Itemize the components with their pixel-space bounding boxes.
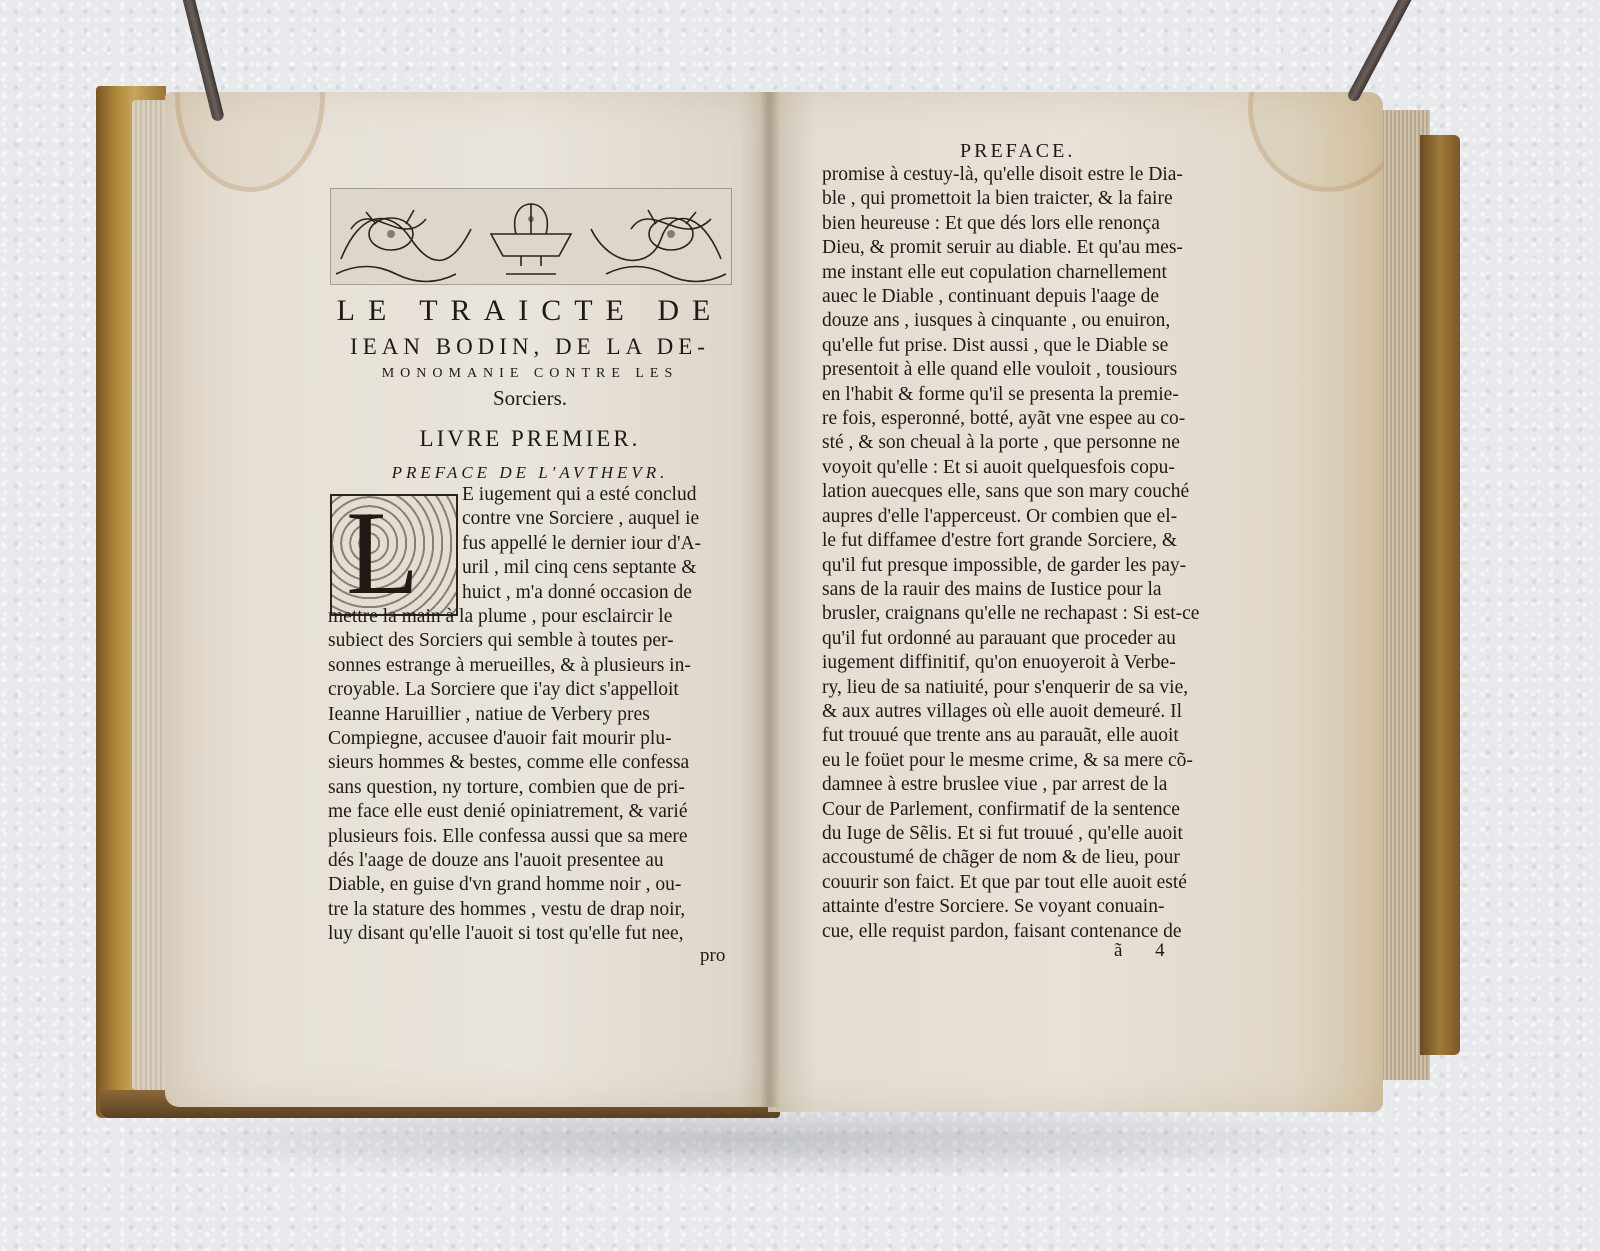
book-heading: LIVRE PREMIER. [315,422,745,456]
text-line: accoustumé de chãger de nom & de lieu, p… [822,846,1230,870]
text-line: huict , m'a donné occasion de [462,581,740,605]
left-page-first-lines: E iugement qui a esté conclud contre vne… [462,483,740,605]
text-line: presentoit à elle quand elle vouloit , t… [822,358,1230,382]
text-line: Cour de Parlement, confirmatif de la sen… [822,798,1230,822]
text-line: re fois, esperonné, botté, ayãt vne espe… [822,407,1230,431]
text-line: ble , qui promettoit la bien traicter, &… [822,187,1230,211]
text-line: plusieurs fois. Elle confessa aussi que … [328,825,740,849]
text-line: Compiegne, accusee d'auoir fait mourir p… [328,727,740,751]
text-line: attainte d'estre Sorciere. Se voyant con… [822,895,1230,919]
water-stain [1248,92,1383,192]
text-line: fus appellé le dernier iour d'A- [462,532,740,556]
text-line: subiect des Sorciers qui semble à toutes… [328,629,740,653]
text-line: iugement diffinitif, qu'on enuoyeroit à … [822,651,1230,675]
text-line: me face elle eust denié opiniatrement, &… [328,800,740,824]
text-line: sans question, ny torture, combien que d… [328,776,740,800]
text-line: tre la stature des hommes , vestu de dra… [328,898,740,922]
text-line: dés l'aage de douze ans l'auoit presente… [328,849,740,873]
vellum-cover-right [1420,135,1460,1055]
ornament-icon [331,189,731,284]
text-line: bien heureuse : Et que dés lors elle ren… [822,212,1230,236]
text-line: me instant elle eut copulation charnelle… [822,261,1230,285]
title-line-4: Sorciers. [315,386,745,410]
title-block: LE TRAICTE DE IEAN BODIN, DE LA DE- MONO… [315,290,745,490]
text-line: eu le foüet pour le mesme crime, & sa me… [822,749,1230,773]
text-line: brusler, craignans qu'elle ne rechapast … [822,602,1230,626]
right-page-body: promise à cestuy-là, qu'elle disoit estr… [822,163,1230,944]
text-line: & aux autres villages où elle auoit deme… [822,700,1230,724]
book-gutter [760,92,780,1107]
text-line: couurir son faict. Et que par tout elle … [822,871,1230,895]
text-line: auec le Diable , continuant depuis l'aag… [822,285,1230,309]
text-line: qu'il fut presque impossible, de garder … [822,554,1230,578]
text-line: luy disant qu'elle l'auoit si tost qu'el… [328,922,740,946]
title-line-1: LE TRAICTE DE [315,290,745,332]
drop-cap-letter: L [346,488,419,618]
woodcut-headpiece-ornament [330,188,732,285]
text-line: voyoit qu'elle : Et si auoit quelquesfoi… [822,456,1230,480]
left-page-body: mettre la main à la plume , pour esclair… [328,605,740,947]
title-line-3: MONOMANIE CONTRE LES [315,362,745,386]
text-line: Dieu, & promit seruir au diable. Et qu'a… [822,236,1230,260]
text-line: du Iuge de Sẽlis. Et si fut trouué , qu'… [822,822,1230,846]
text-line: aupres d'elle l'apperceust. Or combien q… [822,505,1230,529]
text-line: promise à cestuy-là, qu'elle disoit estr… [822,163,1230,187]
text-line: damnee à estre bruslee viue , par arrest… [822,773,1230,797]
signature-mark: ã 4 [1114,940,1179,962]
text-line: douze ans , iusques à cinquante , ou enu… [822,309,1230,333]
text-line: sonnes estrange à merueilles, & à plusie… [328,654,740,678]
water-stain [175,92,325,192]
running-head: PREFACE. [960,140,1075,163]
text-line: en l'habit & forme qu'il se presenta la … [822,383,1230,407]
text-line: sté , & son cheual à la porte , que pers… [822,431,1230,455]
text-line: fut trouué que trente ans au parauãt, el… [822,724,1230,748]
text-line: Diable, en guise d'vn grand homme noir ,… [328,873,740,897]
decorated-drop-cap: L [330,494,458,616]
text-line: sans de la rauir des mains de Iustice po… [822,578,1230,602]
text-line: Ieanne Haruillier , natiue de Verbery pr… [328,703,740,727]
text-line: mettre la main à la plume , pour esclair… [328,605,740,629]
text-line: le fut diffamee d'estre fort grande Sorc… [822,529,1230,553]
text-line: qu'il fut ordonné au parauant que proced… [822,627,1230,651]
book-cradle-rod-right [1346,0,1415,103]
text-line: ry, lieu de sa natiuité, pour s'enquerir… [822,676,1230,700]
text-line: uril , mil cinq cens septante & [462,556,740,580]
text-line: lation auecques elle, sans que son mary … [822,480,1230,504]
text-line: croyable. La Sorciere que i'ay dict s'ap… [328,678,740,702]
catchword: pro [700,945,725,967]
text-line: contre vne Sorciere , auquel ie [462,507,740,531]
text-line: sieurs hommes & bestes, comme elle confe… [328,751,740,775]
text-line: qu'elle fut prise. Dist aussi , que le D… [822,334,1230,358]
text-line: E iugement qui a esté conclud [462,483,740,507]
title-line-2: IEAN BODIN, DE LA DE- [315,332,745,362]
